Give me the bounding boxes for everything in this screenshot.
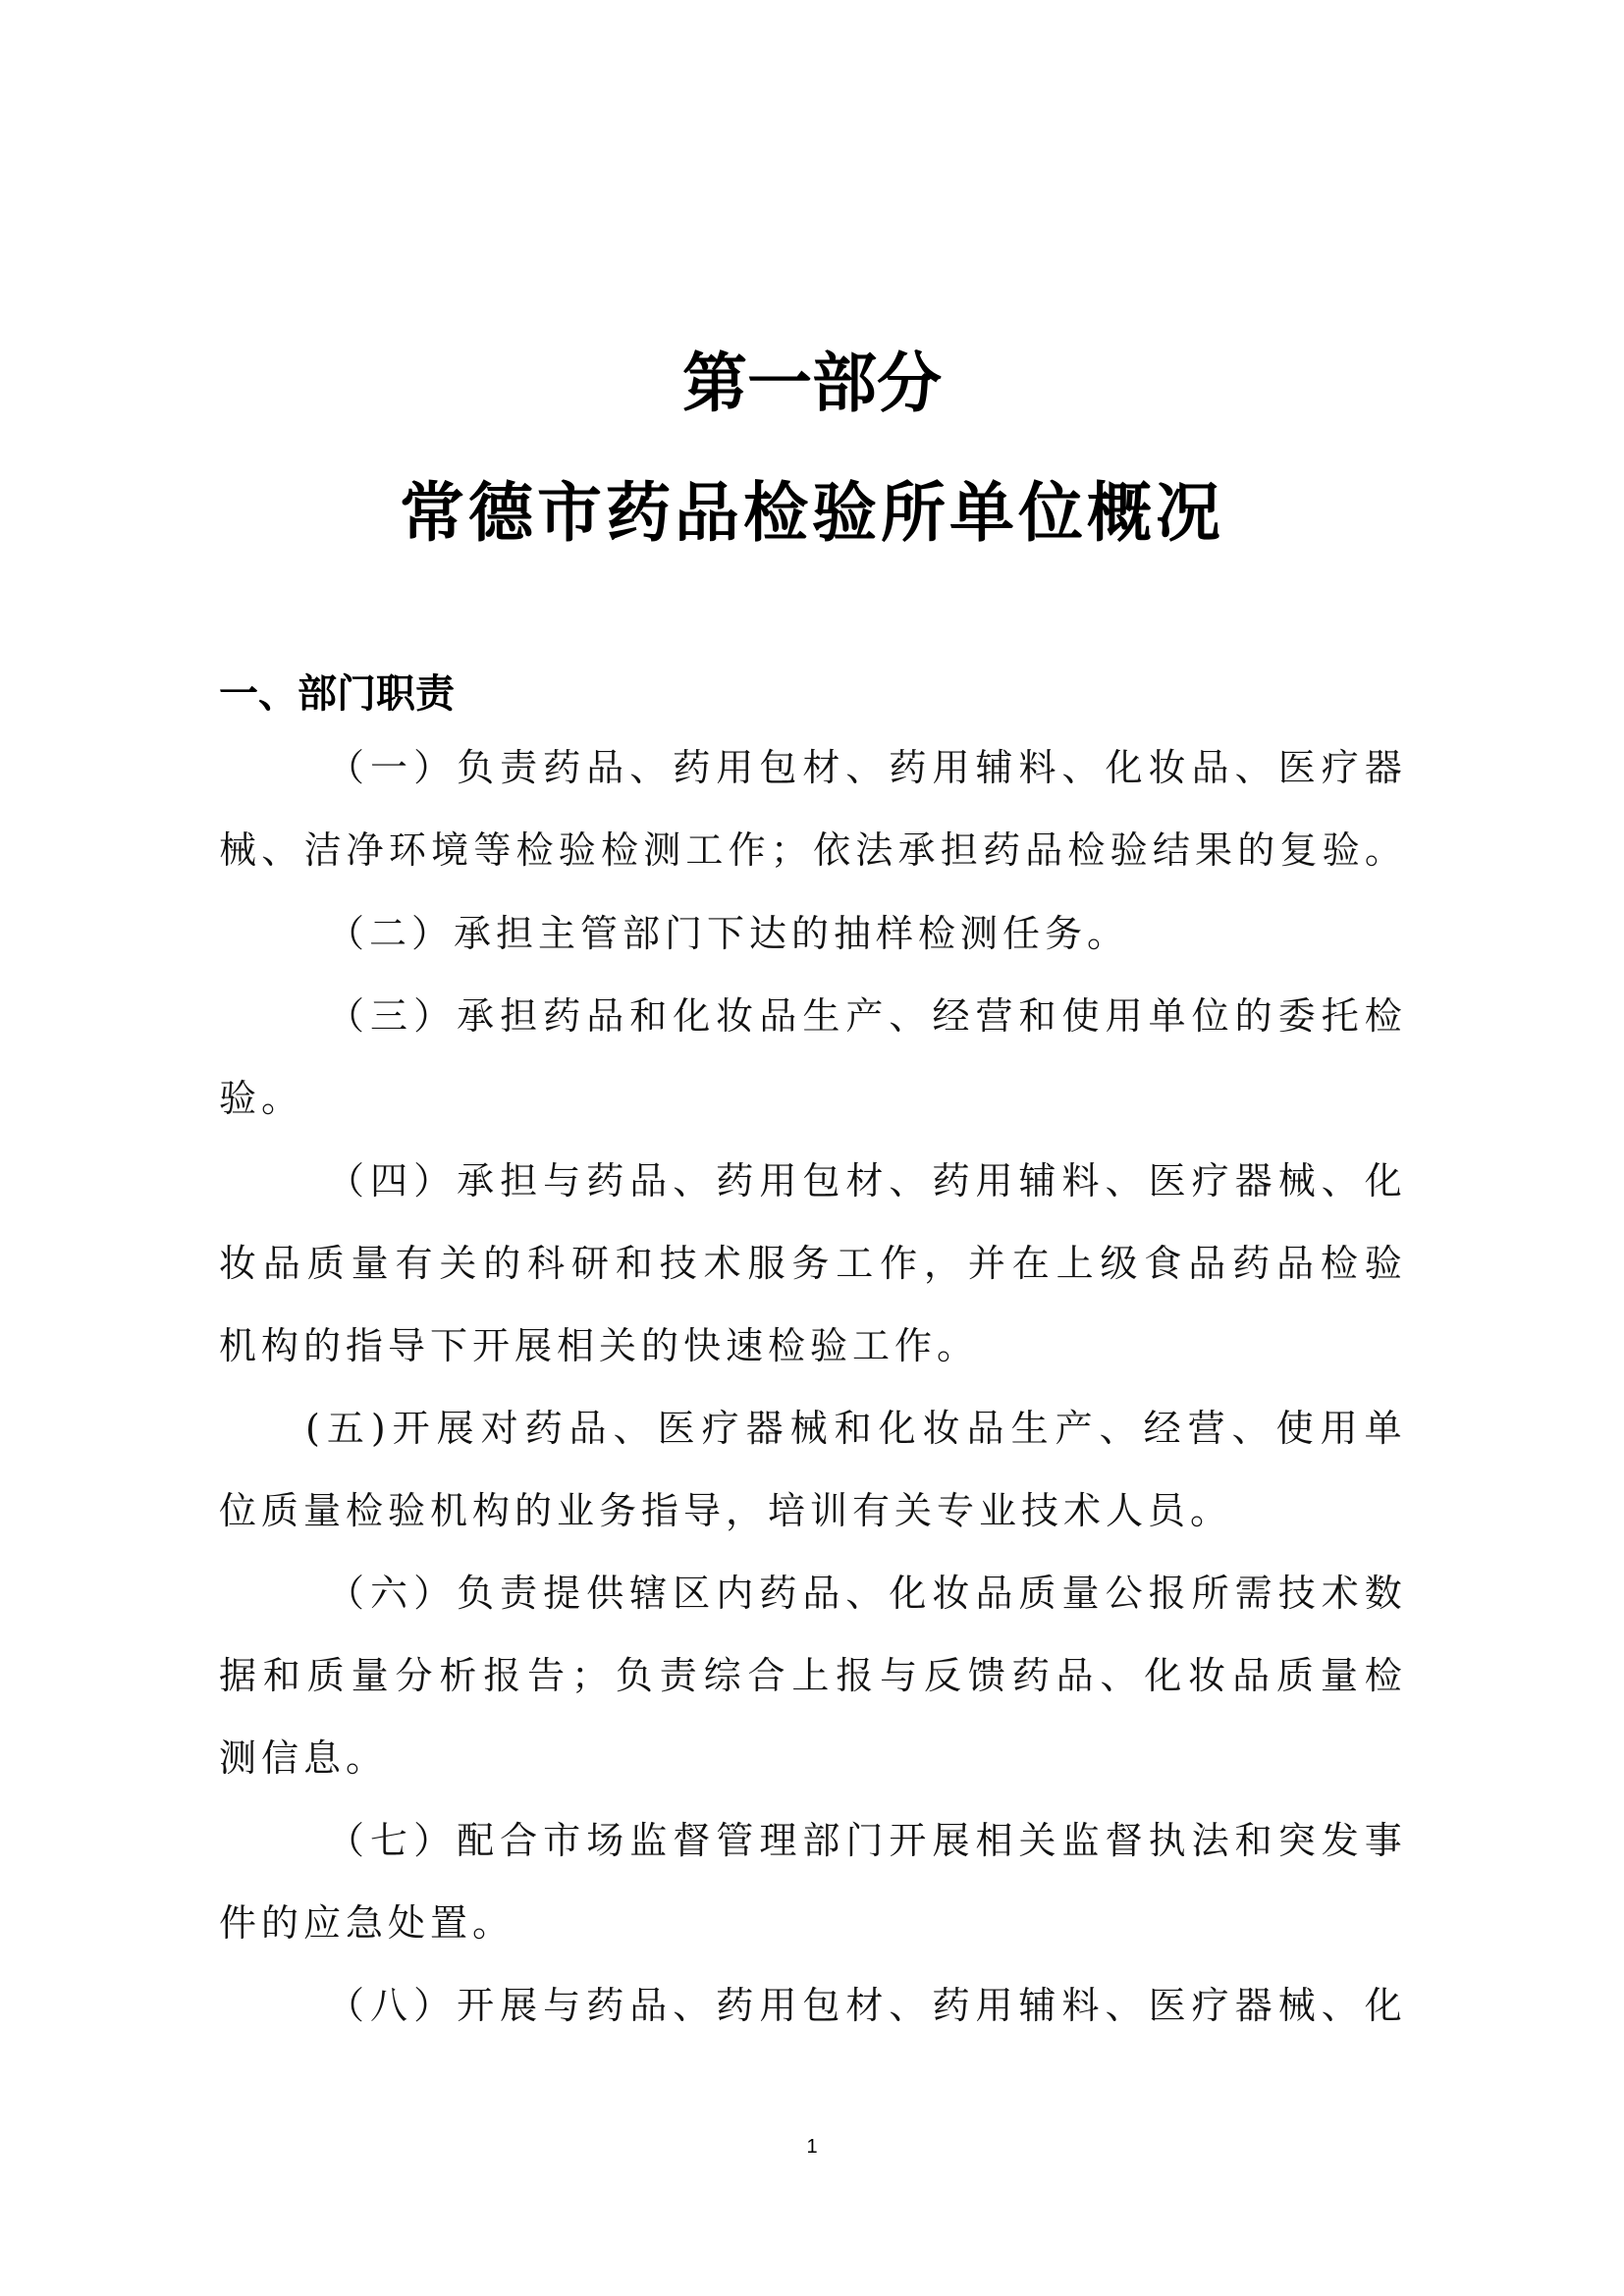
paragraph-line: 妆品质量有关的科研和技术服务工作，并在上级食品药品检验 xyxy=(219,1239,1402,1288)
paragraph-line: （三）承担药品和化妆品生产、经营和使用单位的委托检 xyxy=(327,991,1402,1041)
paragraph-line: （一）负责药品、药用包材、药用辅料、化妆品、医疗器 xyxy=(327,743,1402,792)
paragraph-line: (五)开展对药品、医疗器械和化妆品生产、经营、使用单 xyxy=(305,1404,1402,1453)
paragraph-line: 械、洁净环境等检验检测工作；依法承担药品检验结果的复验。 xyxy=(219,826,1402,875)
page-number: 1 xyxy=(0,2134,1624,2160)
paragraph-line: 机构的指导下开展相关的快速检验工作。 xyxy=(219,1321,979,1370)
paragraph-line: 据和质量分析报告；负责综合上报与反馈药品、化妆品质量检 xyxy=(219,1651,1402,1700)
paragraph-line: （四）承担与药品、药用包材、药用辅料、医疗器械、化 xyxy=(327,1156,1402,1205)
section-heading: 一、部门职责 xyxy=(219,669,455,719)
part-title: 第一部分 xyxy=(0,344,1624,422)
paragraph-line: 测信息。 xyxy=(219,1734,388,1783)
unit-title: 常德市药品检验所单位概况 xyxy=(0,473,1624,552)
paragraph-line: 件的应急处置。 xyxy=(219,1898,514,1948)
paragraph-line: （二）承担主管部门下达的抽样检测任务。 xyxy=(327,909,1129,958)
paragraph-line: （八）开展与药品、药用包材、药用辅料、医疗器械、化 xyxy=(327,1981,1402,2030)
paragraph-line: （七）配合市场监督管理部门开展相关监督执法和突发事 xyxy=(327,1816,1402,1865)
paragraph-line: （六）负责提供辖区内药品、化妆品质量公报所需技术数 xyxy=(327,1569,1402,1618)
paragraph-line: 位质量检验机构的业务指导，培训有关专业技术人员。 xyxy=(219,1486,1232,1535)
paragraph-line: 验。 xyxy=(219,1074,303,1123)
